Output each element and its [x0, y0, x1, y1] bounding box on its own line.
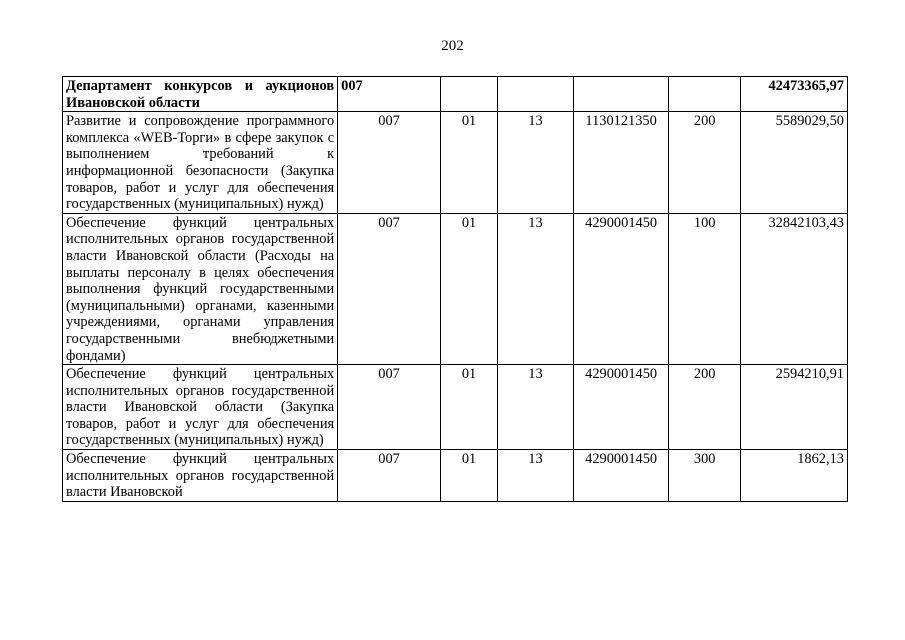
cell-vr: 200 — [669, 112, 741, 214]
table-row: Обеспечение функций центральных исполнит… — [63, 213, 848, 364]
cell-csr — [573, 77, 669, 112]
cell-sum: 1862,13 — [741, 450, 848, 502]
cell-sum: 42473365,97 — [741, 77, 848, 112]
table-row-department-header: Департамент конкурсов и аукционов Иванов… — [63, 77, 848, 112]
cell-name: Обеспечение функций центральных исполнит… — [63, 365, 338, 450]
cell-name: Обеспечение функций центральных исполнит… — [63, 450, 338, 502]
table-row: Обеспечение функций центральных исполнит… — [63, 450, 848, 502]
cell-csr: 4290001450 — [573, 213, 669, 364]
cell-csr: 4290001450 — [573, 365, 669, 450]
cell-name: Обеспечение функций центральных исполнит… — [63, 213, 338, 364]
cell-pr: 13 — [498, 450, 574, 502]
cell-rz — [440, 77, 497, 112]
cell-ved: 007 — [338, 77, 441, 112]
cell-ved: 007 — [338, 365, 441, 450]
page-number: 202 — [0, 38, 905, 55]
cell-name: Департамент конкурсов и аукционов Иванов… — [63, 77, 338, 112]
cell-pr: 13 — [498, 213, 574, 364]
cell-pr — [498, 77, 574, 112]
cell-ved: 007 — [338, 213, 441, 364]
cell-vr: 300 — [669, 450, 741, 502]
cell-csr: 4290001450 — [573, 450, 669, 502]
table-row: Обеспечение функций центральных исполнит… — [63, 365, 848, 450]
cell-csr: 1130121350 — [573, 112, 669, 214]
cell-sum: 5589029,50 — [741, 112, 848, 214]
cell-rz: 01 — [440, 365, 497, 450]
cell-vr: 100 — [669, 213, 741, 364]
cell-ved: 007 — [338, 450, 441, 502]
cell-rz: 01 — [440, 213, 497, 364]
cell-sum: 32842103,43 — [741, 213, 848, 364]
cell-sum: 2594210,91 — [741, 365, 848, 450]
cell-vr: 200 — [669, 365, 741, 450]
cell-rz: 01 — [440, 450, 497, 502]
cell-vr — [669, 77, 741, 112]
budget-table: Департамент конкурсов и аукционов Иванов… — [62, 76, 848, 502]
cell-name: Развитие и сопровождение программного ко… — [63, 112, 338, 214]
cell-pr: 13 — [498, 365, 574, 450]
table-row: Развитие и сопровождение программного ко… — [63, 112, 848, 214]
cell-rz: 01 — [440, 112, 497, 214]
cell-pr: 13 — [498, 112, 574, 214]
cell-ved: 007 — [338, 112, 441, 214]
